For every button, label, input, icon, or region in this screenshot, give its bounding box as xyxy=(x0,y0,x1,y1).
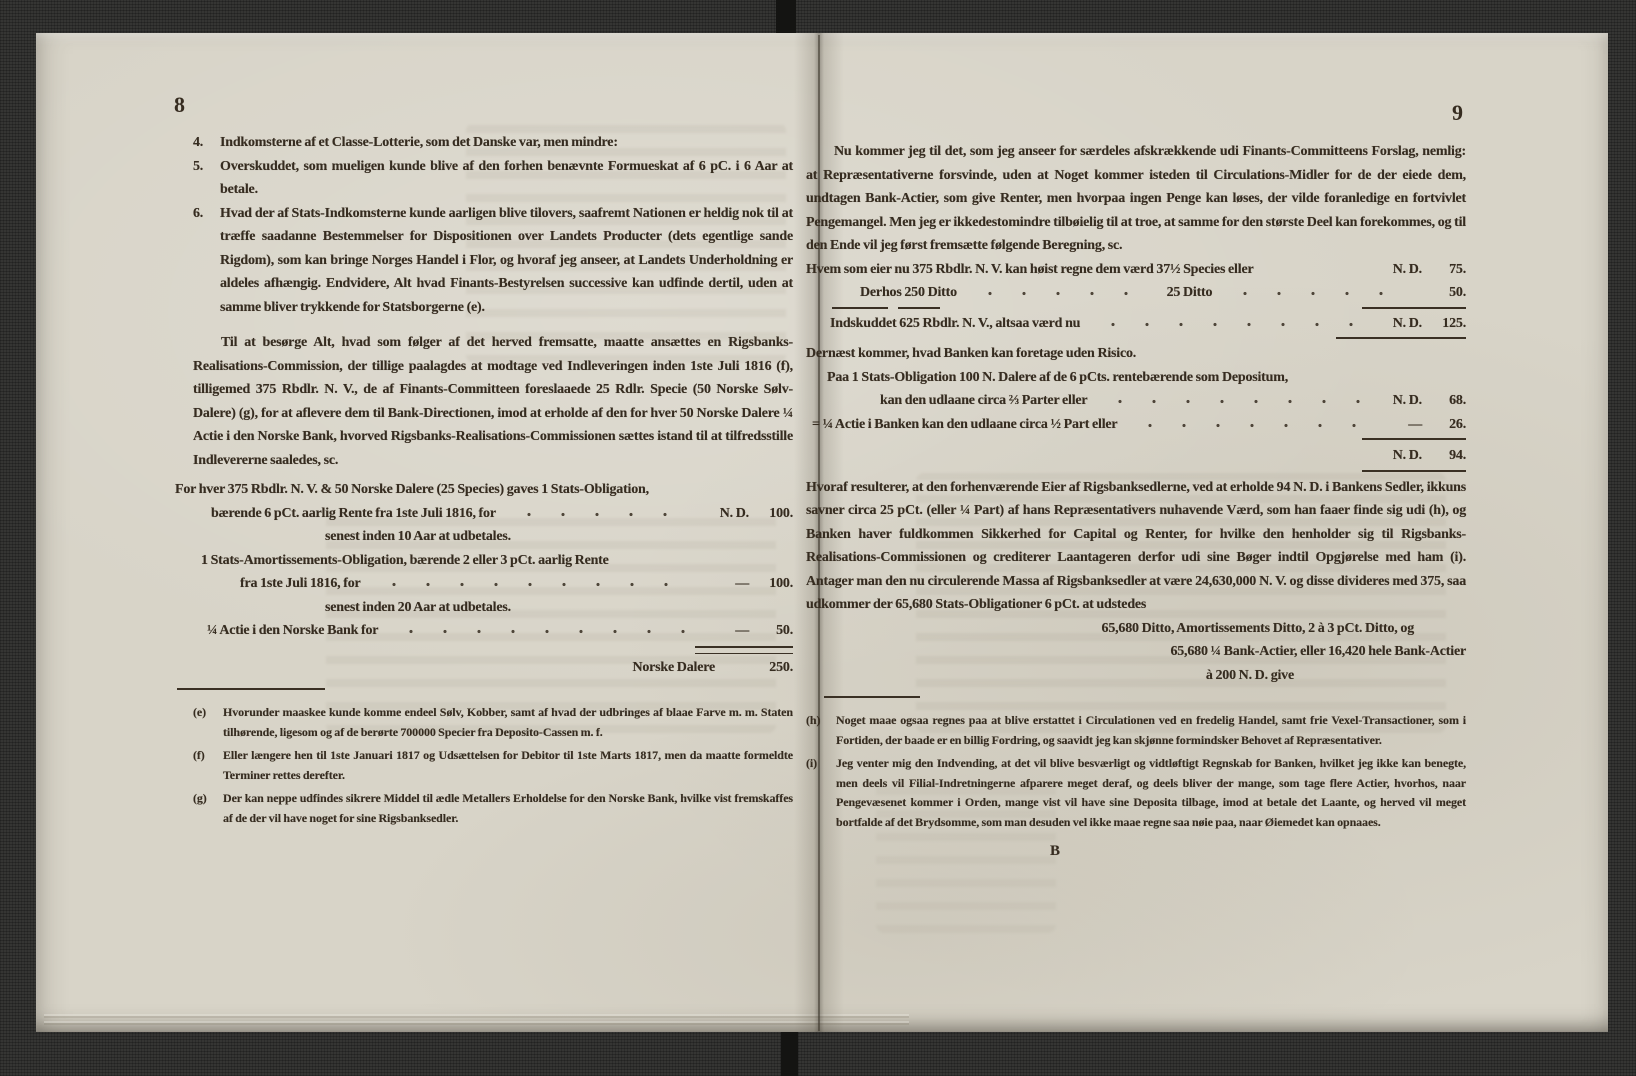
footnotes-left: (e) Hvorunder maaskee kunde komme endeel… xyxy=(193,703,793,828)
calc-row: kan den udlaane circa ⅔ Parter eller N. … xyxy=(880,389,1466,413)
calc-row-text: Derhos 250 Ditto xyxy=(860,281,957,305)
footnote: (f) Eller længere hen til 1ste Januari 1… xyxy=(193,746,793,785)
page-number-left: 8 xyxy=(174,92,185,118)
sum-rule xyxy=(832,307,888,309)
dot-leader xyxy=(967,282,1157,296)
footnote: (g) Der kan neppe udfindes sikrere Midde… xyxy=(193,789,793,828)
amount: 26. xyxy=(1422,413,1466,437)
dot-leader xyxy=(506,503,697,517)
footnote-text: Noget maae ogsaa regnes paa at blive ers… xyxy=(836,711,1466,750)
footnote-text: Der kan neppe udfindes sikrere Middel ti… xyxy=(223,789,793,828)
issue-line: 65,680 Ditto, Amortissements Ditto, 2 à … xyxy=(806,617,1466,641)
body-paragraph: Hvoraf resulterer, at den forhenværende … xyxy=(806,476,1466,617)
amount: 100. xyxy=(749,572,793,596)
calc-row: Derhos 250 Ditto 25 Ditto 50. xyxy=(860,281,1466,305)
footnote-separator xyxy=(177,688,325,690)
currency-label: N. D. xyxy=(1380,258,1422,282)
footnote-separator xyxy=(824,696,920,698)
sum-rule xyxy=(695,646,793,654)
currency-label: N. D. xyxy=(1380,312,1422,336)
dot-leader xyxy=(1090,313,1370,327)
calc-row-text: kan den udlaane circa ⅔ Parter eller xyxy=(880,389,1087,413)
currency-label: N. D. xyxy=(707,502,749,526)
account-row-text: ¼ Actie i den Norske Bank for xyxy=(207,619,378,643)
sum-rules xyxy=(806,305,1466,312)
currency-label: N. D. xyxy=(1380,389,1422,413)
calculation-block: Hvem som eier nu 375 Rbdlr. N. V. kan hø… xyxy=(806,258,1466,472)
sum-rule xyxy=(1362,438,1466,440)
spine-strip-bottom xyxy=(781,1026,798,1076)
amount: 50. xyxy=(749,619,793,643)
account-total: Norske Dalere 250. xyxy=(193,656,793,680)
currency-label: — xyxy=(707,619,749,643)
calc-row: = ¼ Actie i Banken kan den udlaane circa… xyxy=(812,413,1466,437)
footnote-marker: (h) xyxy=(806,711,836,750)
calc-row: N. D. 94. xyxy=(806,444,1466,468)
signature-mark: B xyxy=(1050,840,1466,864)
body-paragraph: Nu kommer jeg til det, som jeg anseer fo… xyxy=(806,140,1466,258)
footnote-marker: (f) xyxy=(193,746,223,785)
calc-row-mid: 25 Ditto xyxy=(1167,281,1213,305)
amount: 100. xyxy=(749,502,793,526)
account-row: fra 1ste Juli 1816, for — 100. xyxy=(240,572,793,596)
account-row-text: bærende 6 pCt. aarlig Rente fra 1ste Jul… xyxy=(211,502,496,526)
amount: 50. xyxy=(1422,281,1466,305)
amount: 125. xyxy=(1422,312,1466,336)
issue-line: à 200 N. D. give xyxy=(806,664,1466,688)
calc-row: Paa 1 Stats-Obligation 100 N. Dalere af … xyxy=(827,366,1466,390)
list-item: 5. Overskuddet, som mueligen kunde blive… xyxy=(193,155,793,202)
dot-leader xyxy=(371,573,697,587)
account-statement: For hver 375 Rbdlr. N. V. & 50 Norske Da… xyxy=(193,478,793,679)
footnote-marker: (g) xyxy=(193,789,223,828)
dot-leader xyxy=(1127,414,1370,428)
footnote-marker: (i) xyxy=(806,754,836,832)
amount: 94. xyxy=(1422,444,1466,468)
dot-leader xyxy=(1097,390,1370,404)
sum-rule xyxy=(1336,337,1466,339)
list-item-text: Indkomsterne af et Classe-Lotterie, som … xyxy=(220,131,793,155)
page-9-content: Nu kommer jeg til det, som jeg anseer fo… xyxy=(806,140,1466,864)
footnote-marker: (e) xyxy=(193,703,223,742)
account-note: senest inden 20 Aar at udbetales. xyxy=(193,596,793,620)
account-note: senest inden 10 Aar at udbetales. xyxy=(193,525,793,549)
page-8-content: 4. Indkomsterne af et Classe-Lotterie, s… xyxy=(193,131,793,832)
account-intro: For hver 375 Rbdlr. N. V. & 50 Norske Da… xyxy=(175,478,793,502)
issue-line: 65,680 ¼ Bank-Actier, eller 16,420 hele … xyxy=(806,640,1466,664)
calc-row-text: = ¼ Actie i Banken kan den udlaane circa… xyxy=(812,413,1117,437)
account-row: ¼ Actie i den Norske Bank for — 50. xyxy=(207,619,793,643)
footnote: (i) Jeg venter mig den Indvending, at de… xyxy=(806,754,1466,832)
sum-rule xyxy=(1362,307,1466,309)
list-item: 6. Hvad der af Stats-Indkomsterne kunde … xyxy=(193,202,793,320)
currency-label: — xyxy=(707,572,749,596)
list-item-text: Overskuddet, som mueligen kunde blive af… xyxy=(220,155,793,202)
calc-row: Indskuddet 625 Rbdlr. N. V., altsaa værd… xyxy=(830,312,1466,336)
stacked-page-edges xyxy=(44,1014,909,1028)
list-item: 4. Indkomsterne af et Classe-Lotterie, s… xyxy=(193,131,793,155)
dot-leader xyxy=(388,620,697,634)
calc-row: Dernæst kommer, hvad Banken kan foretage… xyxy=(806,342,1466,366)
footnote: (e) Hvorunder maaskee kunde komme endeel… xyxy=(193,703,793,742)
amount: 75. xyxy=(1422,258,1466,282)
footnote-text: Eller længere hen til 1ste Januari 1817 … xyxy=(223,746,793,785)
list-item-text: Hvad der af Stats-Indkomsterne kunde aar… xyxy=(220,202,793,320)
total-amount: 250. xyxy=(749,656,793,680)
calc-row: Hvem som eier nu 375 Rbdlr. N. V. kan hø… xyxy=(806,258,1466,282)
sum-rule xyxy=(898,307,940,309)
calc-row-text: Hvem som eier nu 375 Rbdlr. N. V. kan hø… xyxy=(806,258,1253,282)
footnotes-right: (h) Noget maae ogsaa regnes paa at blive… xyxy=(806,711,1466,832)
list-item-number: 4. xyxy=(193,131,220,155)
body-paragraph: Til at besørge Alt, hvad som følger af d… xyxy=(193,331,793,472)
list-item-number: 5. xyxy=(193,155,220,202)
calc-row-text: Indskuddet 625 Rbdlr. N. V., altsaa værd… xyxy=(830,312,1080,336)
spine-strip-top xyxy=(776,0,796,37)
footnote-text: Jeg venter mig den Indvending, at det vi… xyxy=(836,754,1466,832)
total-label: Norske Dalere xyxy=(632,656,715,680)
sum-rule xyxy=(1362,470,1466,472)
page-number-right: 9 xyxy=(1452,100,1463,126)
account-row: 1 Stats-Amortissements-Obligation, bæren… xyxy=(201,549,793,573)
calc-row-text: Paa 1 Stats-Obligation 100 N. Dalere af … xyxy=(827,366,1288,390)
calc-row-text: Dernæst kommer, hvad Banken kan foretage… xyxy=(806,342,1136,366)
amount: 68. xyxy=(1422,389,1466,413)
footnote: (h) Noget maae ogsaa regnes paa at blive… xyxy=(806,711,1466,750)
account-row-text: 1 Stats-Amortissements-Obligation, bæren… xyxy=(201,549,609,573)
footnote-text: Hvorunder maaskee kunde komme endeel Søl… xyxy=(223,703,793,742)
list-item-number: 6. xyxy=(193,202,220,320)
currency-label: — xyxy=(1380,413,1422,437)
scan-background: 8 4. Indkomsterne af et Classe-Lotterie,… xyxy=(0,0,1636,1076)
currency-label: N. D. xyxy=(1380,444,1422,468)
account-row: bærende 6 pCt. aarlig Rente fra 1ste Jul… xyxy=(211,502,793,526)
account-row-text: fra 1ste Juli 1816, for xyxy=(240,572,361,596)
dot-leader xyxy=(1222,282,1412,296)
